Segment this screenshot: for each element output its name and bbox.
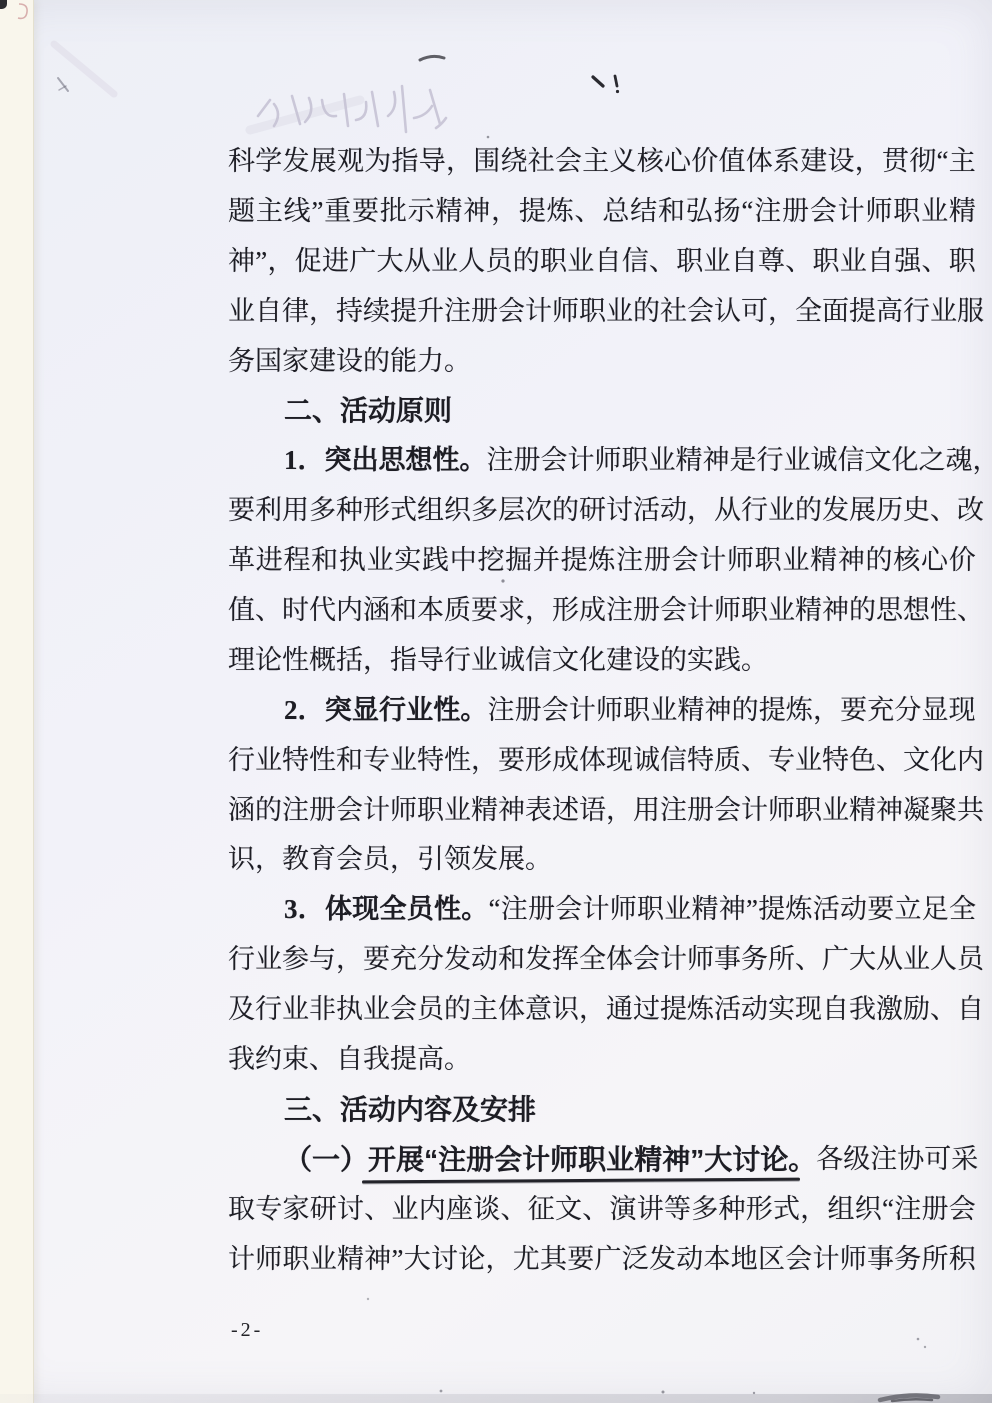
text-line: 行业特性和专业特性，要形成体现诚信特质、专业特色、文化内 bbox=[228, 736, 976, 786]
text-line: （一）开展“注册会计师职业精神”大讨论。各级注协可采 bbox=[228, 1135, 976, 1185]
pen-dash-artifact bbox=[420, 56, 444, 60]
text-line: 3．体现全员性。“注册会计师职业精神”提炼活动要立足全 bbox=[228, 885, 976, 935]
document-body: 科学发展观为指导，围绕社会主义核心价值体系建设，贯彻“主题主线”重要批示精神，提… bbox=[228, 137, 976, 1284]
text-line: 2．突显行业性。注册会计师职业精神的提炼，要充分显现 bbox=[228, 686, 976, 736]
text-line: 要利用多种形式组织多层次的研讨活动，从行业的发展历史、改 bbox=[228, 486, 976, 536]
scan-bottom-shadow bbox=[0, 1394, 992, 1403]
text-line: 值、时代内涵和本质要求，形成注册会计师职业精神的思想性、 bbox=[228, 586, 976, 636]
text-line: 涵的注册会计师职业精神表述语，用注册会计师职业精神凝聚共 bbox=[228, 786, 976, 836]
text-line: 科学发展观为指导，围绕社会主义核心价值体系建设，贯彻“主 bbox=[228, 137, 976, 187]
pencil-smudge-haze bbox=[250, 100, 360, 130]
text-line: 我约束、自我提高。 bbox=[228, 1035, 976, 1085]
text-line: 革进程和执业实践中挖掘并提炼注册会计师职业精神的核心价 bbox=[228, 536, 976, 586]
scratch-artifact bbox=[54, 44, 114, 94]
scanned-document-page: 科学发展观为指导，围绕社会主义核心价值体系建设，贯彻“主题主线”重要批示精神，提… bbox=[0, 0, 992, 1403]
text-line: 及行业非执业会员的主体意识，通过提炼活动实现自我激励、自 bbox=[228, 985, 976, 1035]
text-line: 行业参与，要充分发动和发挥全体会计师事务所、广大从业人员 bbox=[228, 935, 976, 985]
text-line: 务国家建设的能力。 bbox=[228, 337, 976, 387]
text-line: 三、活动内容及安排 bbox=[228, 1085, 976, 1135]
text-line: 1．突出思想性。注册会计师职业精神是行业诚信文化之魂， bbox=[228, 436, 976, 486]
text-line: 业自律，持续提升注册会计师职业的社会认可，全面提高行业服 bbox=[228, 287, 976, 337]
text-line: 神”，促进广大从业人员的职业自信、职业自尊、职业自强、职 bbox=[228, 237, 976, 287]
tick-marks-artifact bbox=[593, 76, 619, 93]
scan-left-edge-strip bbox=[0, 0, 34, 1403]
text-line: 计师职业精神”大讨论，尤其要广泛发动本地区会计师事务所积 bbox=[228, 1235, 976, 1285]
text-line: 识，教育会员，引领发展。 bbox=[228, 835, 976, 885]
pencil-smudge-artifact bbox=[258, 86, 446, 132]
page-number: -2- bbox=[231, 1318, 263, 1342]
text-line: 理论性概括，指导行业诚信文化建设的实践。 bbox=[228, 636, 976, 686]
text-line: 题主线”重要批示精神，提炼、总结和弘扬“注册会计师职业精 bbox=[228, 187, 976, 237]
text-line: 二、活动原则 bbox=[228, 386, 976, 436]
text-line: 取专家研讨、业内座谈、征文、演讲等多种形式，组织“注册会 bbox=[228, 1185, 976, 1235]
